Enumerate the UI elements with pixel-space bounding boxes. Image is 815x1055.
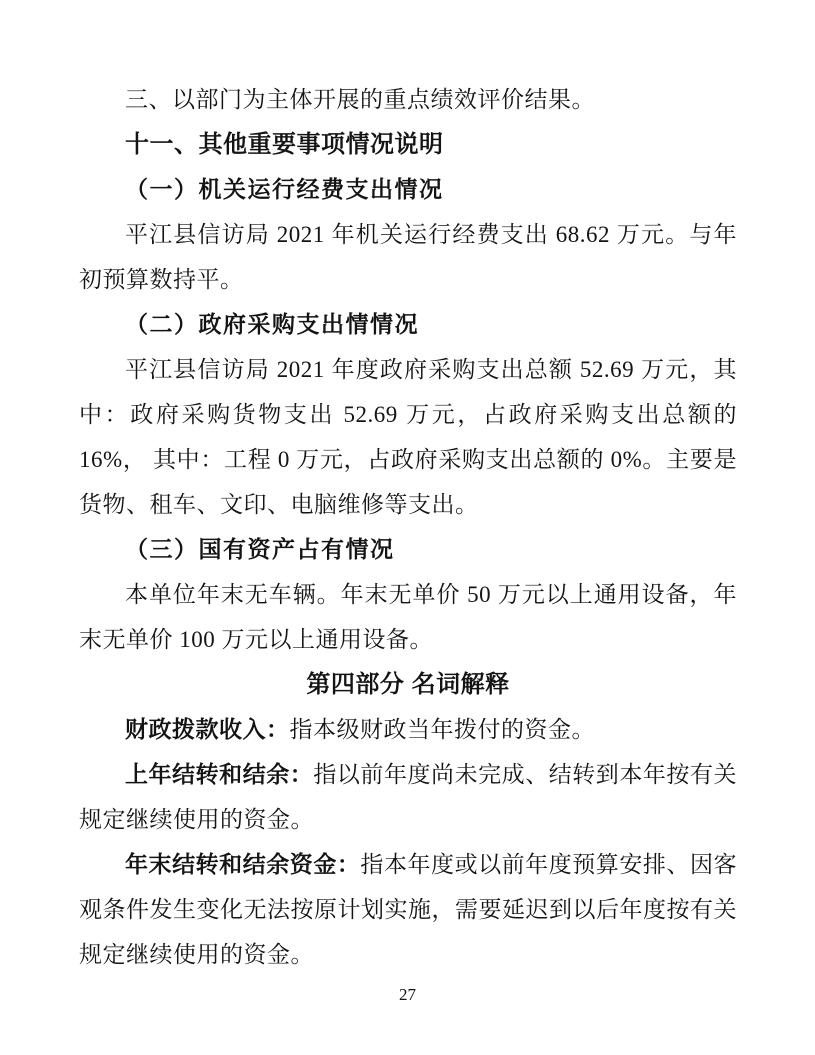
definition-term: 财政拨款收入： xyxy=(125,717,290,742)
heading-state-owned-assets: （三）国有资产占有情况 xyxy=(79,527,737,572)
heading-government-procurement: （二）政府采购支出情情况 xyxy=(79,302,737,347)
definition-prior-year-carryover: 上年结转和结余：指以前年度尚未完成、结转到本年按有关规定继续使用的资金。 xyxy=(79,752,737,842)
document-page: 三、以部门为主体开展的重点绩效评价结果。 十一、其他重要事项情况说明 （一）机关… xyxy=(0,0,815,1055)
definition-text: 指本级财政当年拨付的资金。 xyxy=(290,717,596,742)
definition-term: 上年结转和结余： xyxy=(125,762,313,787)
definition-fiscal-appropriation-income: 财政拨款收入：指本级财政当年拨付的资金。 xyxy=(79,707,737,752)
heading-agency-operating-expense: （一）机关运行经费支出情况 xyxy=(79,167,737,212)
definition-year-end-carryover-funds: 年末结转和结余资金：指本年度或以前年度预算安排、因客观条件发生变化无法按原计划实… xyxy=(79,842,737,977)
heading-other-important-matters: 十一、其他重要事项情况说明 xyxy=(79,122,737,167)
paragraph-dept-evaluation-result: 三、以部门为主体开展的重点绩效评价结果。 xyxy=(79,77,737,122)
definition-term: 年末结转和结余资金： xyxy=(125,852,360,877)
paragraph-agency-operating-expense: 平江县信访局 2021 年机关运行经费支出 68.62 万元。与年初预算数持平。 xyxy=(79,212,737,302)
heading-part-four-glossary: 第四部分 名词解释 xyxy=(79,662,737,707)
paragraph-government-procurement: 平江县信访局 2021 年度政府采购支出总额 52.69 万元，其中：政府采购货… xyxy=(79,347,737,527)
document-content: 三、以部门为主体开展的重点绩效评价结果。 十一、其他重要事项情况说明 （一）机关… xyxy=(79,77,737,977)
page-number: 27 xyxy=(0,983,815,1007)
paragraph-state-owned-assets: 本单位年末无车辆。年末无单价 50 万元以上通用设备，年末无单价 100 万元以… xyxy=(79,572,737,662)
